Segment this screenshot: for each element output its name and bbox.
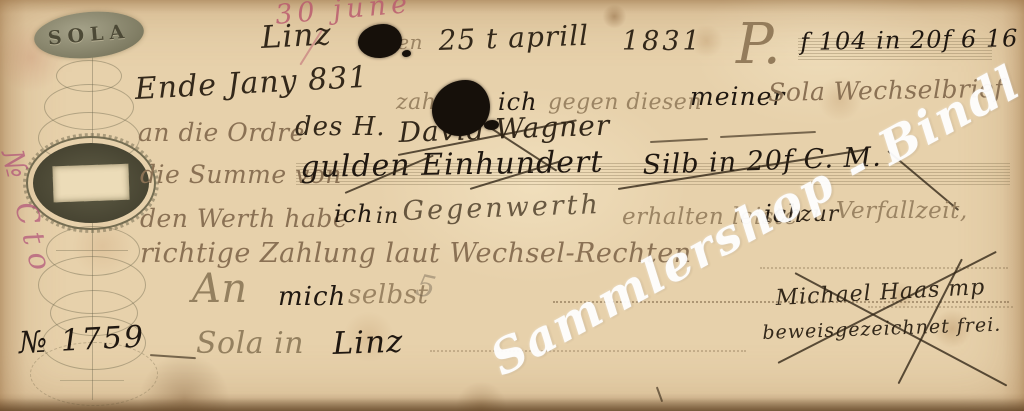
- dotted-rule-3: [430, 350, 746, 352]
- printed-sola-in: Sola in: [196, 326, 304, 361]
- hand-value-clause: Gegenwerth: [402, 189, 601, 227]
- hand-ich-2: ich: [334, 200, 374, 228]
- dotted-rule-2: [760, 267, 1008, 269]
- hand-sum-words: gulden Einhundert: [300, 145, 604, 185]
- medallion-window: [52, 164, 129, 203]
- guilloche-cross-tick: [56, 250, 128, 251]
- dash-after-payee-2: [720, 131, 816, 138]
- bottom-edge-shadow: [0, 398, 1024, 411]
- printed-an: An: [192, 266, 248, 312]
- hand-in: in: [376, 204, 399, 229]
- doc-number-hand: № 1759: [18, 319, 146, 361]
- pencil-mark: 5: [413, 268, 440, 306]
- sola-stamp-label: SOLA: [47, 20, 131, 49]
- doc-number-flourish: [150, 354, 196, 359]
- sola-stamp: SOLA: [32, 7, 146, 62]
- printed-an-die-ordre: an die Ordre: [138, 118, 305, 147]
- hand-payee: David Wagner: [398, 109, 611, 149]
- hand-place-2: Linz: [332, 324, 404, 362]
- place-hand: Linz: [260, 16, 333, 56]
- date-hand: 25 t aprill: [438, 19, 590, 57]
- year-hand: 1831: [622, 26, 703, 57]
- dash-after-payee: [650, 138, 708, 143]
- hand-des-h: des H.: [295, 112, 386, 142]
- hand-mich: mich: [278, 282, 346, 312]
- guilloche-cross-tick: [60, 380, 124, 381]
- printed-zahlung-line: richtige Zahlung laut Wechsel-Rechten: [140, 238, 692, 269]
- amount-prefix-printed: P.: [736, 12, 781, 77]
- term-hand: Ende Jany 831: [134, 60, 369, 107]
- printed-verfallzeit: Verfallzeit,: [836, 198, 968, 224]
- ink-blot-small-satellite: [402, 50, 411, 57]
- amount-hand: f 104 in 20f 6 16: [800, 24, 1019, 56]
- document-scan: SOLA № Cto 30 june Linz den 25 t aprill …: [0, 0, 1024, 411]
- printed-den-werth-habe: den Werth habe: [140, 204, 348, 233]
